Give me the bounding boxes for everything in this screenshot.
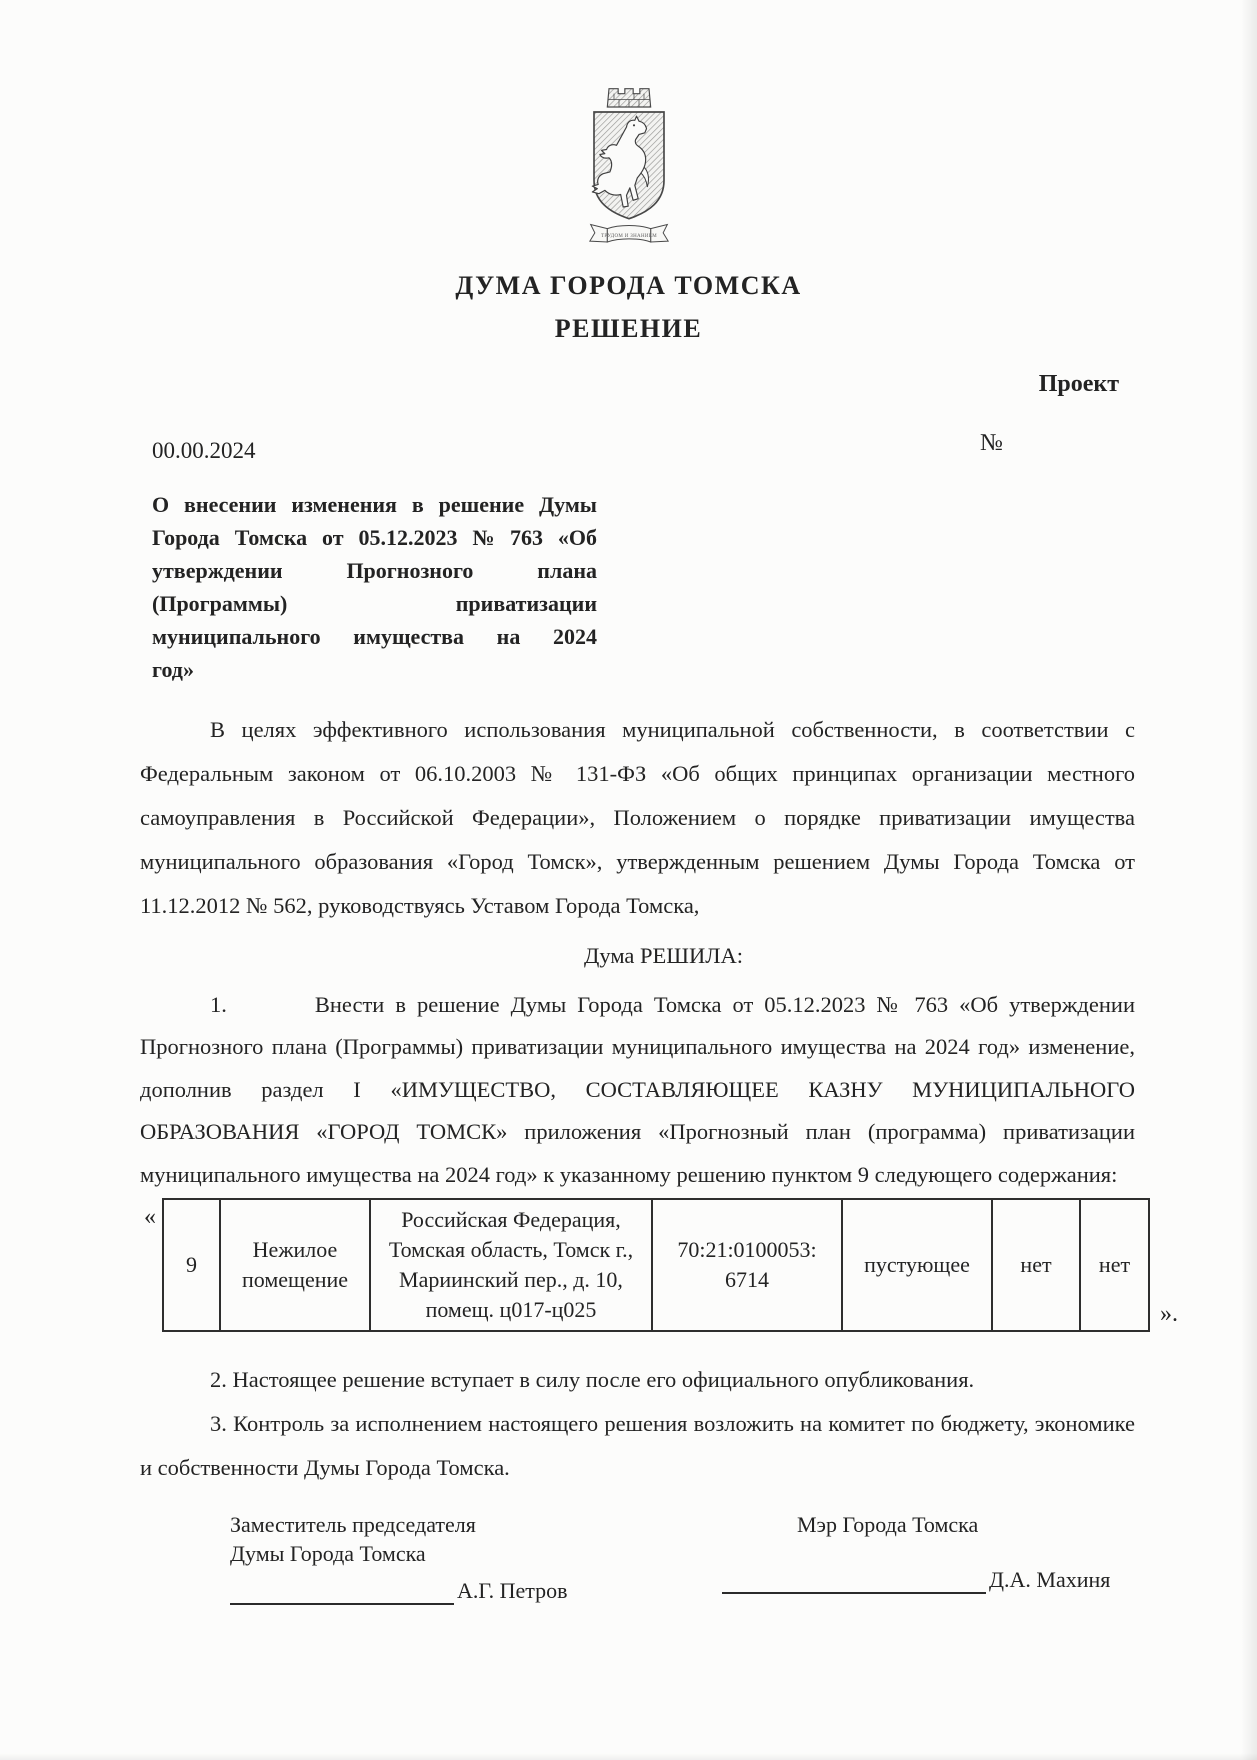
mural-crown-icon xyxy=(607,89,650,107)
table-section: « 9 Нежилое помещение Российская Федерац… xyxy=(140,1198,1135,1332)
right-signer-role: Мэр Города Томска xyxy=(722,1510,1135,1539)
left-signature-rule xyxy=(230,1573,454,1605)
table-row: 9 Нежилое помещение Российская Федерация… xyxy=(163,1199,1149,1331)
item-2-paragraph: 2. Настоящее решение вступает в силу пос… xyxy=(140,1358,1135,1402)
table-open-quote: « xyxy=(144,1204,156,1332)
right-signer-name: Д.А. Махиня xyxy=(989,1565,1110,1594)
coat-of-arms-svg: ТРУДОМ И ЗНАНИЕМ xyxy=(579,82,679,249)
document-type-heading: РЕШЕНИЕ xyxy=(0,314,1257,344)
signature-left: Заместитель председателя Думы Города Том… xyxy=(230,1510,667,1605)
right-signature-rule xyxy=(722,1562,986,1594)
item-3-paragraph: 3. Контроль за исполнением настоящего ре… xyxy=(140,1402,1135,1490)
left-signer-name: А.Г. Петров xyxy=(457,1576,568,1605)
draft-label: Проект xyxy=(140,370,1135,398)
table-close-quote: ». xyxy=(1160,1301,1178,1328)
document-page: ТРУДОМ И ЗНАНИЕМ ДУМА ГОРОДА ТОМСКА РЕШЕ… xyxy=(0,0,1257,1760)
date-number-line: 00.00.2024 № xyxy=(140,430,1135,480)
document-title: О внесении изменения в решение Думы Горо… xyxy=(152,488,597,686)
signature-right: Мэр Города Томска Д.А. Махиня xyxy=(722,1510,1135,1605)
document-date: 00.00.2024 xyxy=(152,438,256,464)
cell-status: пустующее xyxy=(842,1199,992,1331)
motto-text: ТРУДОМ И ЗНАНИЕМ xyxy=(601,234,657,239)
scan-edge-shadow-bottom xyxy=(0,1753,1257,1760)
document-number-sign: № xyxy=(980,430,1003,457)
document-body: Проект 00.00.2024 № О внесении изменения… xyxy=(140,370,1135,1606)
left-signature-line: А.Г. Петров xyxy=(230,1573,667,1605)
cell-flag-1: нет xyxy=(992,1199,1080,1331)
cell-cadastral-number: 70:21:0100053: 6714 xyxy=(652,1199,842,1331)
cell-object-type: Нежилое помещение xyxy=(220,1199,370,1331)
signature-block: Заместитель председателя Думы Города Том… xyxy=(140,1510,1135,1605)
organization-name: ДУМА ГОРОДА ТОМСКА xyxy=(0,271,1257,301)
property-table: 9 Нежилое помещение Российская Федерация… xyxy=(162,1198,1150,1332)
cell-row-number: 9 xyxy=(163,1199,220,1331)
left-signer-role-line2: Думы Города Томска xyxy=(230,1539,667,1568)
motto-ribbon-icon: ТРУДОМ И ЗНАНИЕМ xyxy=(589,224,667,241)
preamble-paragraph: В целях эффективного использования муниц… xyxy=(140,708,1135,928)
scan-edge-shadow-right xyxy=(1241,0,1257,1760)
cell-address: Российская Федерация, Томская область, Т… xyxy=(370,1199,652,1331)
right-signature-line: Д.А. Махиня xyxy=(722,1562,1135,1594)
resolved-heading: Дума РЕШИЛА: xyxy=(140,934,1135,978)
item-1-paragraph: 1. Внести в решение Думы Города Томска о… xyxy=(140,984,1135,1197)
tomsk-coat-of-arms-icon: ТРУДОМ И ЗНАНИЕМ xyxy=(579,82,679,249)
left-signer-role-line1: Заместитель председателя xyxy=(230,1510,667,1539)
cell-flag-2: нет xyxy=(1080,1199,1149,1331)
